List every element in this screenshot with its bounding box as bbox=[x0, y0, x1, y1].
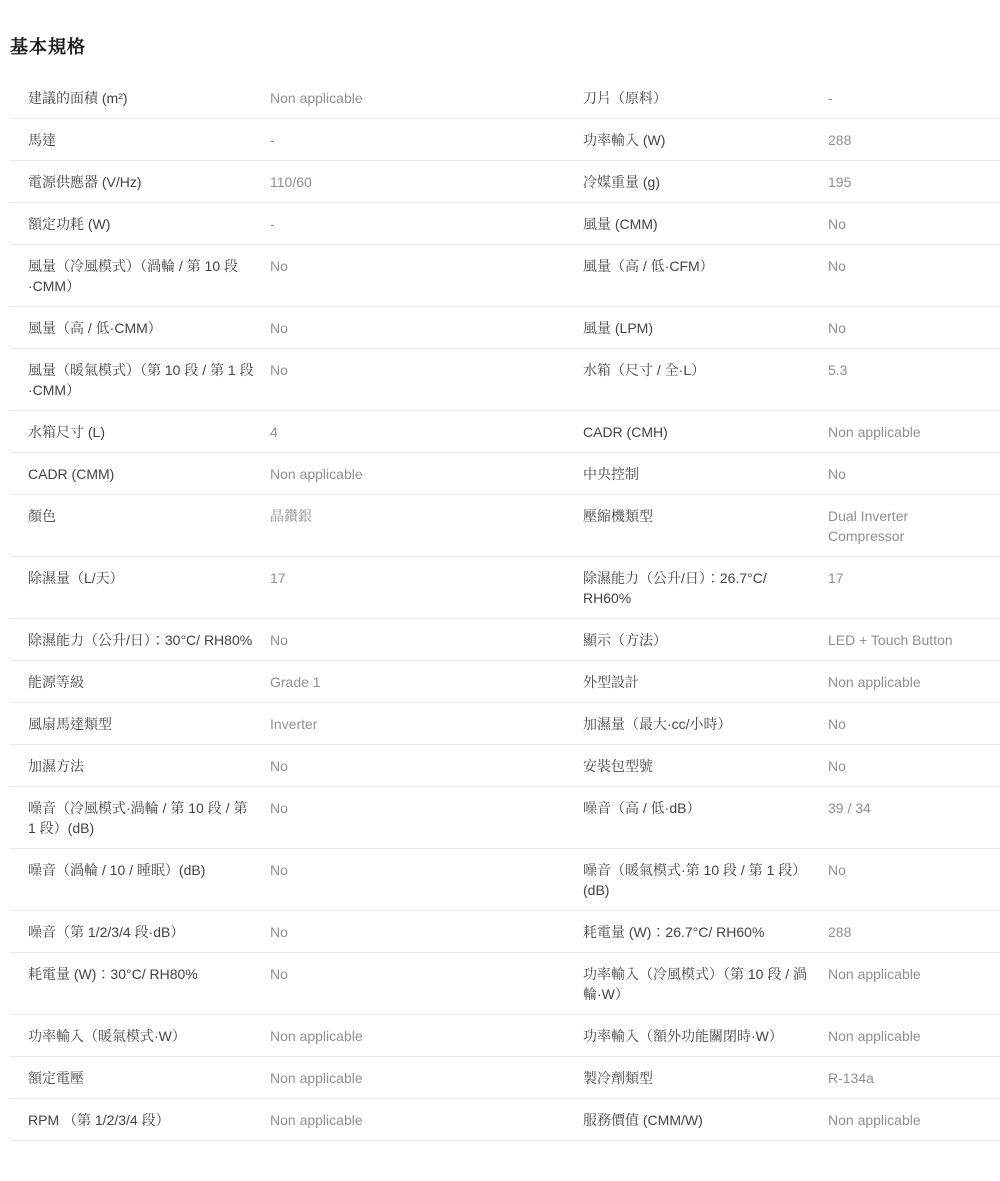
spec-value-right: R-134a bbox=[828, 1068, 1000, 1088]
spec-value-left: No bbox=[270, 798, 583, 818]
spec-label-right: 風量（高 / 低·CFM） bbox=[583, 256, 828, 276]
section-title: 基本規格 bbox=[10, 36, 1000, 58]
spec-value-left: No bbox=[270, 630, 583, 650]
spec-value-left: No bbox=[270, 256, 583, 276]
spec-row: 顏色 晶鑽銀 壓縮機類型 Dual Inverter Compressor bbox=[10, 495, 1000, 557]
spec-value-left: No bbox=[270, 964, 583, 984]
spec-row: 功率輸入（暖氣模式·W） Non applicable 功率輸入（額外功能關閉時… bbox=[10, 1015, 1000, 1057]
spec-label-right: 功率輸入（冷風模式）（第 10 段 / 渦輪·W） bbox=[583, 964, 828, 1004]
spec-value-right: No bbox=[828, 860, 1000, 880]
spec-label-left: 風量（冷風模式）（渦輪 / 第 10 段·CMM） bbox=[28, 256, 270, 296]
spec-value-left: Non applicable bbox=[270, 88, 583, 108]
spec-value-right: Non applicable bbox=[828, 672, 1000, 692]
spec-value-left: - bbox=[270, 130, 583, 150]
spec-row: 風量（高 / 低·CMM） No 風量 (LPM) No bbox=[10, 307, 1000, 349]
spec-label-right: 壓縮機類型 bbox=[583, 506, 828, 526]
spec-value-left: 110/60 bbox=[270, 172, 583, 192]
spec-value-right: No bbox=[828, 714, 1000, 734]
spec-value-left: 17 bbox=[270, 568, 583, 588]
spec-row: 耗電量 (W)：30°C/ RH80% No 功率輸入（冷風模式）（第 10 段… bbox=[10, 953, 1000, 1015]
spec-label-right: 噪音（高 / 低·dB） bbox=[583, 798, 828, 818]
spec-value-right: 39 / 34 bbox=[828, 798, 1000, 818]
spec-row: 水箱尺寸 (L) 4 CADR (CMH) Non applicable bbox=[10, 411, 1000, 453]
spec-label-right: 除濕能力（公升/日）：26.7°C/ RH60% bbox=[583, 568, 828, 608]
spec-row: 能源等級 Grade 1 外型設計 Non applicable bbox=[10, 661, 1000, 703]
spec-value-left: Non applicable bbox=[270, 1026, 583, 1046]
spec-label-right: 服務價值 (CMM/W) bbox=[583, 1110, 828, 1130]
spec-value-right: No bbox=[828, 756, 1000, 776]
spec-value-right: No bbox=[828, 318, 1000, 338]
spec-label-right: 噪音（暖氣模式·第 10 段 / 第 1 段）(dB) bbox=[583, 860, 828, 900]
spec-value-left: Non applicable bbox=[270, 1068, 583, 1088]
spec-value-right: Non applicable bbox=[828, 422, 1000, 442]
spec-label-left: 額定電壓 bbox=[28, 1068, 270, 1088]
spec-label-left: 噪音（冷風模式·渦輪 / 第 10 段 / 第 1 段）(dB) bbox=[28, 798, 270, 838]
spec-label-right: 顯示（方法） bbox=[583, 630, 828, 650]
spec-label-left: 噪音（第 1/2/3/4 段·dB） bbox=[28, 922, 270, 942]
spec-label-left: 電源供應器 (V/Hz) bbox=[28, 172, 270, 192]
spec-label-left: 顏色 bbox=[28, 506, 270, 526]
spec-value-right: Non applicable bbox=[828, 964, 1000, 984]
spec-value-right: 195 bbox=[828, 172, 1000, 192]
spec-row: RPM （第 1/2/3/4 段） Non applicable 服務價值 (C… bbox=[10, 1099, 1000, 1141]
spec-value-right: Non applicable bbox=[828, 1026, 1000, 1046]
spec-value-right: LED + Touch Button bbox=[828, 630, 1000, 650]
spec-label-right: 風量 (LPM) bbox=[583, 318, 828, 338]
spec-label-right: CADR (CMH) bbox=[583, 422, 828, 442]
spec-label-right: 中央控制 bbox=[583, 464, 828, 484]
spec-value-left: No bbox=[270, 922, 583, 942]
spec-value-right: 17 bbox=[828, 568, 1000, 588]
spec-value-left: Non applicable bbox=[270, 464, 583, 484]
spec-row: 風量（暖氣模式）（第 10 段 / 第 1 段·CMM） No 水箱（尺寸 / … bbox=[10, 349, 1000, 411]
spec-label-left: 建議的面積 (m²) bbox=[28, 88, 270, 108]
spec-value-right: Dual Inverter Compressor bbox=[828, 506, 1000, 546]
spec-label-right: 冷媒重量 (g) bbox=[583, 172, 828, 192]
spec-label-right: 水箱（尺寸 / 全·L） bbox=[583, 360, 828, 380]
spec-row: 電源供應器 (V/Hz) 110/60 冷媒重量 (g) 195 bbox=[10, 161, 1000, 203]
spec-label-right: 風量 (CMM) bbox=[583, 214, 828, 234]
spec-value-left: Non applicable bbox=[270, 1110, 583, 1130]
spec-value-left: Inverter bbox=[270, 714, 583, 734]
spec-value-left: No bbox=[270, 318, 583, 338]
spec-value-right: 288 bbox=[828, 130, 1000, 150]
spec-label-right: 製冷劑類型 bbox=[583, 1068, 828, 1088]
spec-label-left: 功率輸入（暖氣模式·W） bbox=[28, 1026, 270, 1046]
spec-row: 風扇馬達類型 Inverter 加濕量（最大·cc/小時） No bbox=[10, 703, 1000, 745]
spec-value-right: No bbox=[828, 464, 1000, 484]
spec-value-left: No bbox=[270, 756, 583, 776]
spec-label-left: 能源等級 bbox=[28, 672, 270, 692]
spec-label-left: 除濕能力（公升/日）：30°C/ RH80% bbox=[28, 630, 270, 650]
spec-label-right: 安裝包型號 bbox=[583, 756, 828, 776]
spec-label-right: 刀片（原料） bbox=[583, 88, 828, 108]
spec-label-left: 噪音（渦輪 / 10 / 睡眠）(dB) bbox=[28, 860, 270, 880]
spec-row: 馬達 - 功率輸入 (W) 288 bbox=[10, 119, 1000, 161]
spec-value-left: No bbox=[270, 860, 583, 880]
spec-label-left: 風扇馬達類型 bbox=[28, 714, 270, 734]
spec-value-left: No bbox=[270, 360, 583, 380]
spec-label-right: 加濕量（最大·cc/小時） bbox=[583, 714, 828, 734]
spec-label-left: 風量（高 / 低·CMM） bbox=[28, 318, 270, 338]
spec-row: 建議的面積 (m²) Non applicable 刀片（原料） - bbox=[10, 77, 1000, 119]
spec-page: 基本規格 建議的面積 (m²) Non applicable 刀片（原料） - … bbox=[0, 0, 1000, 1181]
spec-label-left: RPM （第 1/2/3/4 段） bbox=[28, 1110, 270, 1130]
spec-label-left: 除濕量（L/天） bbox=[28, 568, 270, 588]
spec-row: 加濕方法 No 安裝包型號 No bbox=[10, 745, 1000, 787]
spec-value-right: - bbox=[828, 88, 1000, 108]
spec-label-right: 功率輸入 (W) bbox=[583, 130, 828, 150]
spec-label-left: 耗電量 (W)：30°C/ RH80% bbox=[28, 964, 270, 984]
spec-row: 風量（冷風模式）（渦輪 / 第 10 段·CMM） No 風量（高 / 低·CF… bbox=[10, 245, 1000, 307]
spec-label-left: 水箱尺寸 (L) bbox=[28, 422, 270, 442]
spec-value-right: 5.3 bbox=[828, 360, 1000, 380]
spec-value-left: 4 bbox=[270, 422, 583, 442]
spec-label-left: 加濕方法 bbox=[28, 756, 270, 776]
spec-row: 額定電壓 Non applicable 製冷劑類型 R-134a bbox=[10, 1057, 1000, 1099]
spec-value-left: Grade 1 bbox=[270, 672, 583, 692]
spec-row: 除濕能力（公升/日）：30°C/ RH80% No 顯示（方法） LED + T… bbox=[10, 619, 1000, 661]
spec-row: 除濕量（L/天） 17 除濕能力（公升/日）：26.7°C/ RH60% 17 bbox=[10, 557, 1000, 619]
spec-value-left: - bbox=[270, 214, 583, 234]
spec-value-right: No bbox=[828, 214, 1000, 234]
spec-label-left: 馬達 bbox=[28, 130, 270, 150]
spec-table: 建議的面積 (m²) Non applicable 刀片（原料） - 馬達 - … bbox=[10, 77, 1000, 1141]
spec-row: 噪音（第 1/2/3/4 段·dB） No 耗電量 (W)：26.7°C/ RH… bbox=[10, 911, 1000, 953]
spec-value-right: Non applicable bbox=[828, 1110, 1000, 1130]
spec-row: 噪音（渦輪 / 10 / 睡眠）(dB) No 噪音（暖氣模式·第 10 段 /… bbox=[10, 849, 1000, 911]
spec-label-right: 外型設計 bbox=[583, 672, 828, 692]
spec-row: 噪音（冷風模式·渦輪 / 第 10 段 / 第 1 段）(dB) No 噪音（高… bbox=[10, 787, 1000, 849]
spec-label-right: 耗電量 (W)：26.7°C/ RH60% bbox=[583, 922, 828, 942]
spec-label-left: 風量（暖氣模式）（第 10 段 / 第 1 段·CMM） bbox=[28, 360, 270, 400]
spec-row: CADR (CMM) Non applicable 中央控制 No bbox=[10, 453, 1000, 495]
spec-label-left: CADR (CMM) bbox=[28, 464, 270, 484]
spec-value-right: 288 bbox=[828, 922, 1000, 942]
spec-value-right: No bbox=[828, 256, 1000, 276]
spec-row: 額定功耗 (W) - 風量 (CMM) No bbox=[10, 203, 1000, 245]
spec-value-left: 晶鑽銀 bbox=[270, 506, 583, 526]
spec-label-left: 額定功耗 (W) bbox=[28, 214, 270, 234]
spec-label-right: 功率輸入（額外功能關閉時·W） bbox=[583, 1026, 828, 1046]
